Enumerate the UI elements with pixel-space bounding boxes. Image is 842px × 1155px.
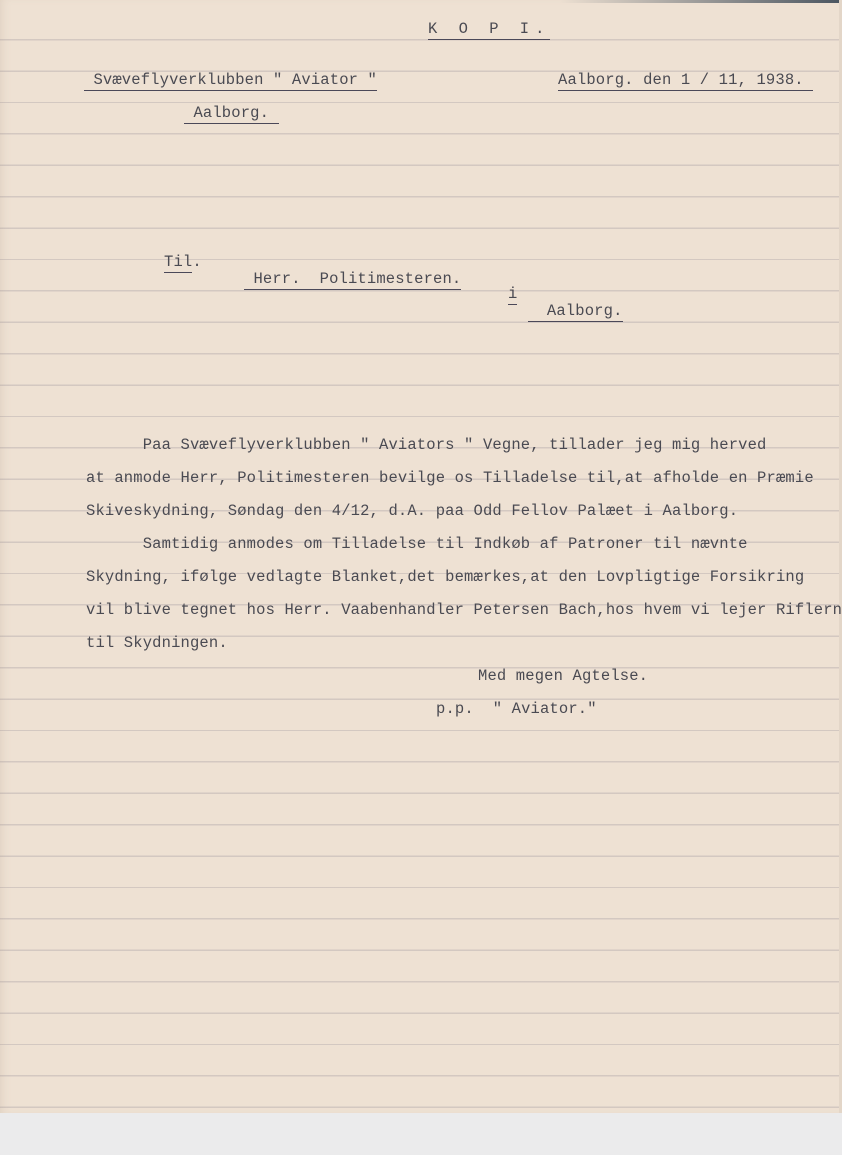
body-line: til Skydningen.: [86, 634, 228, 652]
body-line: at anmode Herr, Politimesteren bevilge o…: [86, 469, 814, 487]
closing-phrase: Med megen Agtelse.: [478, 667, 648, 685]
body-line: Paa Svæveflyverklubben " Aviators " Vegn…: [86, 436, 767, 454]
body-line: Skiveskydning, Søndag den 4/12, d.A. paa…: [86, 502, 738, 520]
recipient-city: Aalborg.: [528, 302, 623, 322]
body-line: Samtidig anmodes om Tilladelse til Indkø…: [86, 535, 748, 553]
sender-club: Svæveflyverklubben " Aviator ": [84, 71, 377, 91]
recipient-preposition: i: [508, 285, 517, 305]
scan-edge-shadow: [560, 0, 842, 3]
recipient-name: Herr. Politimesteren.: [244, 270, 461, 290]
letter-date: Aalborg. den 1 / 11, 1938.: [558, 71, 813, 91]
letter-page: K O P I. Svæveflyverklubben " Aviator " …: [0, 0, 842, 1113]
scanner-background: [0, 1113, 842, 1155]
body-line: Skydning, ifølge vedlagte Blanket,det be…: [86, 568, 804, 586]
recipient-to-word: Til: [164, 253, 192, 273]
body-line: vil blive tegnet hos Herr. Vaabenhandler…: [86, 601, 842, 619]
sender-city: Aalborg.: [184, 104, 279, 124]
recipient-to-punct: .: [192, 253, 201, 271]
document-title: K O P I.: [428, 20, 550, 40]
signature: p.p. " Aviator.": [436, 700, 597, 718]
recipient-to-label: Til.: [164, 253, 202, 271]
